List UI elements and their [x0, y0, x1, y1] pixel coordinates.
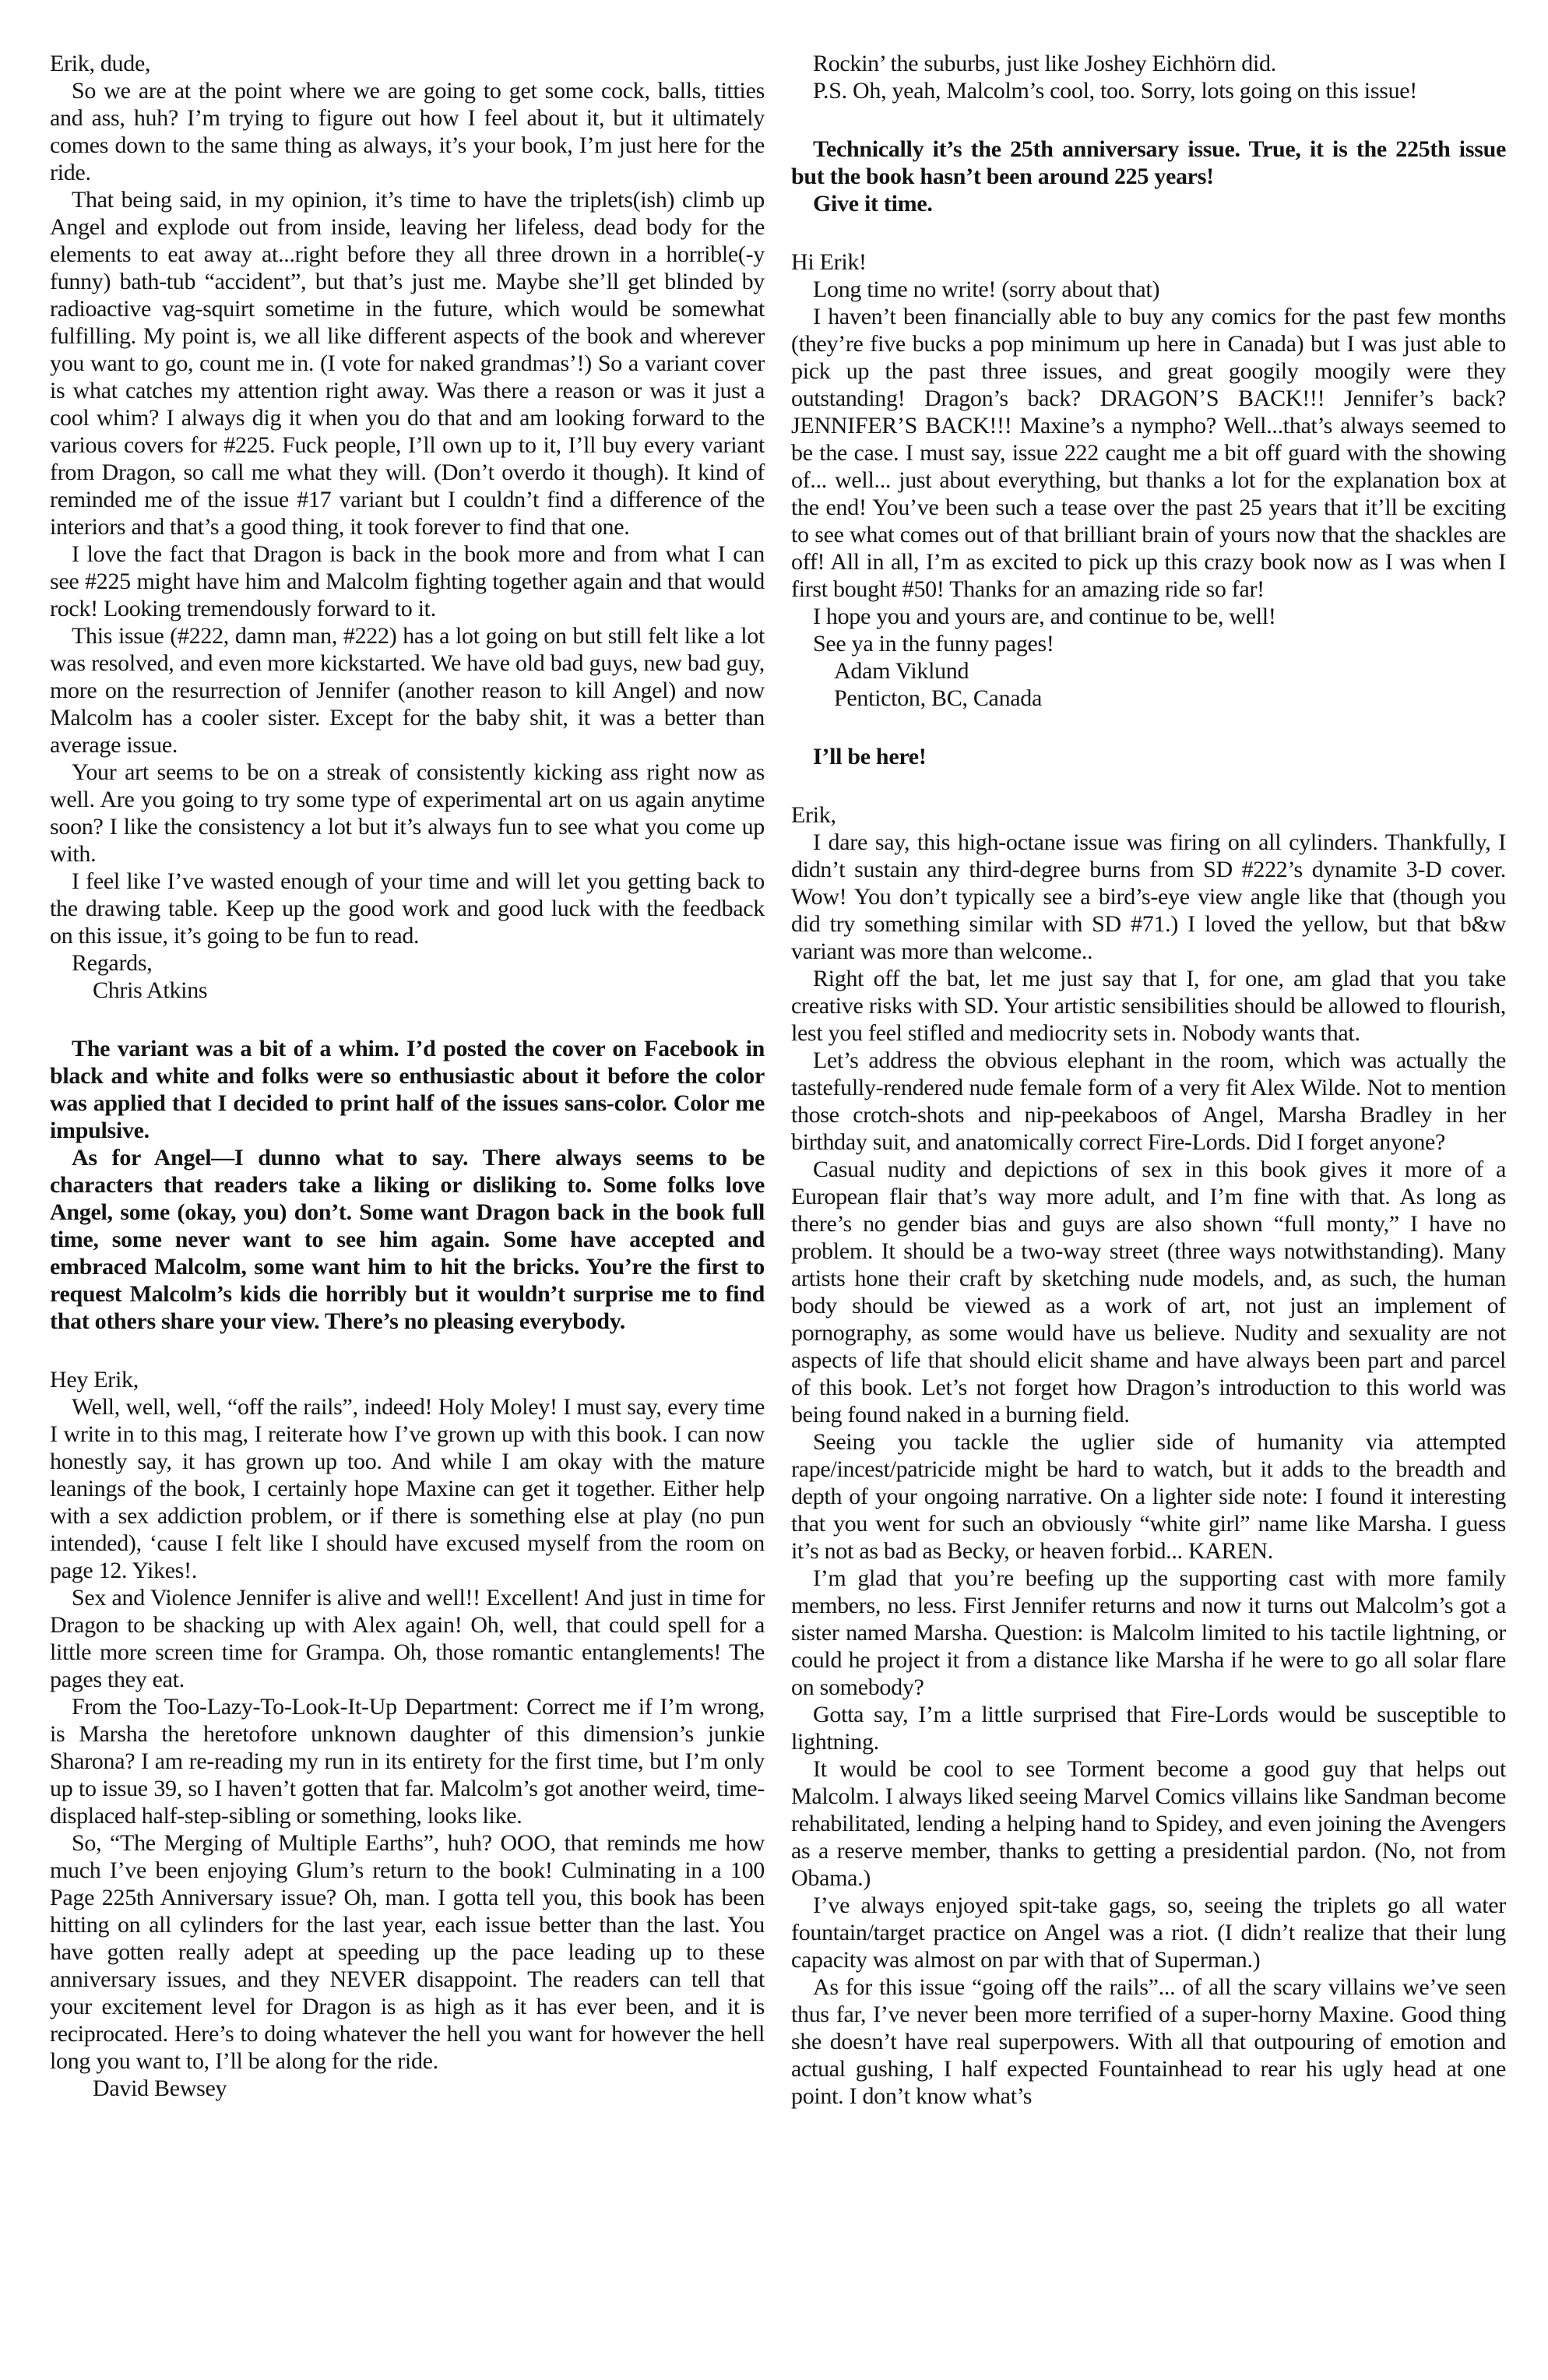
letter-paragraph: I’ve always enjoyed spit-take gags, so, … [791, 1892, 1506, 1973]
left-column: Erik, dude, So we are at the point where… [50, 50, 765, 2349]
letter-signature: David Bewsey [50, 2075, 765, 2102]
letter-salutation: Hi Erik! [791, 248, 1506, 276]
letter-paragraph: Let’s address the obvious elephant in th… [791, 1047, 1506, 1156]
letter-salutation: Hey Erik, [50, 1366, 765, 1393]
letter-signature: Chris Atkins [50, 977, 765, 1004]
letter-paragraph: I haven’t been financially able to buy a… [791, 303, 1506, 603]
letter-paragraph: It would be cool to see Torment become a… [791, 1755, 1506, 1892]
letter-paragraph: From the Too-Lazy-To-Look-It-Up Departme… [50, 1693, 765, 1829]
letter-paragraph: P.S. Oh, yeah, Malcolm’s cool, too. Sorr… [791, 77, 1506, 104]
letter-paragraph: As for this issue “going off the rails”.… [791, 1973, 1506, 2110]
letter-paragraph: I love the fact that Dragon is back in t… [50, 540, 765, 622]
letter-paragraph: Right off the bat, let me just say that … [791, 965, 1506, 1047]
editor-reply-paragraph: As for Angel—I dunno what to say. There … [50, 1144, 765, 1335]
letter-paragraph: Your art seems to be on a streak of cons… [50, 759, 765, 868]
letters-page: Erik, dude, So we are at the point where… [0, 0, 1548, 2380]
letter-paragraph: So, “The Merging of Multiple Earths”, hu… [50, 1829, 765, 2075]
letter-signature: Adam Viklund [791, 657, 1506, 685]
letter-paragraph: Seeing you tackle the uglier side of hum… [791, 1428, 1506, 1565]
letter-paragraph: I’m glad that you’re beefing up the supp… [791, 1565, 1506, 1701]
letter-salutation: Erik, dude, [50, 50, 765, 77]
letter-paragraph: I hope you and yours are, and continue t… [791, 603, 1506, 630]
letter-paragraph: Long time no write! (sorry about that) [791, 276, 1506, 303]
letter-paragraph: Rockin’ the suburbs, just like Joshey Ei… [791, 50, 1506, 77]
editor-reply-paragraph: Technically it’s the 25th anniversary is… [791, 136, 1506, 190]
letter-paragraph: Sex and Violence Jennifer is alive and w… [50, 1584, 765, 1693]
letter-paragraph: I feel like I’ve wasted enough of your t… [50, 868, 765, 949]
letter-paragraph: I dare say, this high-octane issue was f… [791, 829, 1506, 965]
letter-salutation: Erik, [791, 801, 1506, 829]
editor-reply-paragraph: The variant was a bit of a whim. I’d pos… [50, 1035, 765, 1144]
letter-paragraph: So we are at the point where we are goin… [50, 77, 765, 186]
letter-paragraph: See ya in the funny pages! [791, 630, 1506, 657]
editor-reply-paragraph: I’ll be here! [791, 743, 1506, 770]
letter-closing: Regards, [50, 949, 765, 977]
letter-paragraph: Casual nudity and depictions of sex in t… [791, 1156, 1506, 1428]
letter-paragraph: Well, well, well, “off the rails”, indee… [50, 1393, 765, 1584]
right-column: Rockin’ the suburbs, just like Joshey Ei… [791, 50, 1506, 2349]
letter-paragraph: Gotta say, I’m a little surprised that F… [791, 1701, 1506, 1755]
editor-reply-paragraph: Give it time. [791, 190, 1506, 217]
letter-paragraph: This issue (#222, damn man, #222) has a … [50, 622, 765, 759]
letter-paragraph: That being said, in my opinion, it’s tim… [50, 186, 765, 540]
letter-signature: Penticton, BC, Canada [791, 685, 1506, 712]
